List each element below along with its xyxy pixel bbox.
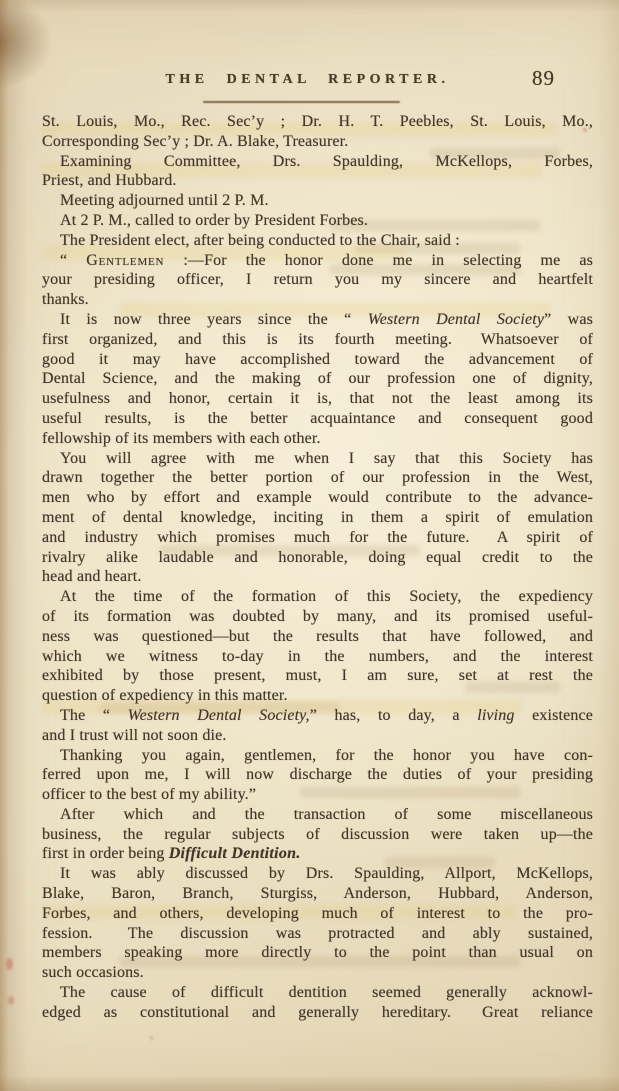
text-segment: At the time of the formation of this Soc…	[60, 588, 593, 605]
text-line: useful results, is the better acquaintan…	[42, 409, 593, 429]
text-segment: men who by effort and example would cont…	[42, 489, 593, 506]
text-line: officer to the best of my ability.”	[42, 785, 593, 805]
text-segment: useful results, is the better acquaintan…	[42, 410, 593, 427]
text-segment: ” has, to day, a	[310, 707, 478, 724]
text-segment: The cause of difficult dentition seemed …	[60, 984, 593, 1001]
text-segment: living	[477, 707, 514, 724]
text-segment: and I trust will not soon die.	[42, 727, 226, 744]
text-segment: fellowship of its members with each othe…	[42, 430, 321, 447]
paper-speck	[150, 1036, 153, 1040]
page-header: THE DENTAL REPORTER. 89	[42, 66, 593, 110]
text-segment: and industry which promises much for the…	[42, 529, 593, 546]
text-segment: question of expediency in this matter.	[42, 687, 288, 704]
text-line: edged as constitutional and generally he…	[42, 1003, 593, 1023]
text-segment: Difficult Dentition.	[169, 845, 301, 862]
page-number: 89	[532, 66, 555, 91]
header-rule	[203, 101, 400, 103]
text-segment: Gentlemen	[86, 252, 164, 269]
text-line: The cause of difficult dentition seemed …	[42, 983, 593, 1003]
text-line: Dental Science, and the making of our pr…	[42, 369, 593, 389]
text-line: “ Gentlemen :—For the honor done me in s…	[42, 251, 593, 271]
text-line: Priest, and Hubbard.	[42, 171, 593, 191]
text-line: good it may have accomplished toward the…	[42, 350, 593, 370]
text-line: ment of dental knowledge, inciting in th…	[42, 508, 593, 528]
text-line: Forbes, and others, developing much of i…	[42, 904, 593, 924]
text-segment: After which and the transaction of some …	[60, 806, 593, 823]
text-segment: your presiding officer, I return you my …	[42, 271, 593, 288]
text-line: Meeting adjourned until 2 P. M.	[42, 191, 593, 211]
text-line: At the time of the formation of this Soc…	[42, 587, 593, 607]
text-line: It was ably discussed by Drs. Spaulding,…	[42, 864, 593, 884]
text-line: which we witness to-day in the numbers, …	[42, 647, 593, 667]
text-segment: usefulness and honor, certain it is, tha…	[42, 390, 593, 407]
text-segment: Thanking you again, gentlemen, for the h…	[60, 747, 593, 764]
text-segment: ” was	[544, 311, 593, 328]
text-segment: Western Dental Society,	[128, 707, 310, 724]
text-line: The “ Western Dental Society,” has, to d…	[42, 706, 593, 726]
text-line: Thanking you again, gentlemen, for the h…	[42, 746, 593, 766]
text-segment: Priest, and Hubbard.	[42, 172, 177, 189]
text-line: Corresponding Sec’y ; Dr. A. Blake, Trea…	[42, 132, 593, 152]
text-segment: officer to the best of my ability.”	[42, 786, 256, 803]
text-segment: The “	[60, 707, 128, 724]
text-segment: Forbes, and others, developing much of i…	[42, 905, 593, 922]
text-segment: rivalry alike laudable and honorable, do…	[42, 549, 593, 566]
text-line: usefulness and honor, certain it is, tha…	[42, 389, 593, 409]
text-segment: first organized, and this is its fourth …	[42, 331, 593, 348]
text-line: head and heart.	[42, 567, 593, 587]
text-segment: Examining Committee, Drs. Spaulding, McK…	[60, 153, 593, 170]
text-line: Blake, Baron, Branch, Sturgiss, Anderson…	[42, 884, 593, 904]
page: THE DENTAL REPORTER. 89 St. Louis, Mo., …	[0, 0, 619, 1091]
text-segment: It was ably discussed by Drs. Spaulding,…	[60, 865, 593, 882]
text-segment: Western Dental Society	[368, 311, 544, 328]
text-line: your presiding officer, I return you my …	[42, 270, 593, 290]
text-segment: head and heart.	[42, 568, 142, 585]
text-segment: ness was questioned—but the results that…	[42, 628, 593, 645]
text-segment: Corresponding Sec’y ; Dr. A. Blake, Trea…	[42, 133, 348, 150]
text-line: members speaking more directly to the po…	[42, 943, 593, 963]
text-segment: existence	[515, 707, 593, 724]
text-line: You will agree with me when I say that t…	[42, 449, 593, 469]
text-line: fellowship of its members with each othe…	[42, 429, 593, 449]
text-line: ferred upon me, I will now discharge the…	[42, 765, 593, 785]
text-segment: members speaking more directly to the po…	[42, 944, 593, 961]
text-segment: You will agree with me when I say that t…	[60, 450, 593, 467]
text-line: such occasions.	[42, 963, 593, 983]
text-segment: Meeting adjourned until 2 P. M.	[60, 192, 269, 209]
text-line: question of expediency in this matter.	[42, 686, 593, 706]
text-segment: which we witness to-day in the numbers, …	[42, 648, 593, 665]
text-segment: exhibited by those present, must, I am s…	[42, 667, 593, 684]
text-line: It is now three years since the “ Wester…	[42, 310, 593, 330]
text-line: and I trust will not soon die.	[42, 726, 593, 746]
text-segment: ment of dental knowledge, inciting in th…	[42, 509, 593, 526]
text-segment: St. Louis, Mo., Rec. Sec’y ; Dr. H. T. P…	[42, 113, 593, 130]
text-line: St. Louis, Mo., Rec. Sec’y ; Dr. H. T. P…	[42, 112, 593, 132]
text-line: and industry which promises much for the…	[42, 528, 593, 548]
text-segment: :—For the honor done me in selecting me …	[164, 252, 593, 269]
text-line: exhibited by those present, must, I am s…	[42, 666, 593, 686]
text-segment: thanks.	[42, 291, 89, 308]
text-line: rivalry alike laudable and honorable, do…	[42, 548, 593, 568]
text-line: business, the regular subjects of discus…	[42, 825, 593, 845]
text-segment: ferred upon me, I will now discharge the…	[42, 766, 593, 783]
text-segment: first in order being	[42, 845, 169, 862]
text-segment: business, the regular subjects of discus…	[42, 826, 593, 843]
running-title: THE DENTAL REPORTER.	[166, 72, 450, 88]
text-segment: At 2 P. M., called to order by President…	[60, 212, 368, 229]
text-line: After which and the transaction of some …	[42, 805, 593, 825]
text-line: drawn together the better portion of our…	[42, 468, 593, 488]
text-segment: “	[60, 252, 86, 269]
text-line: At 2 P. M., called to order by President…	[42, 211, 593, 231]
text-line: ness was questioned—but the results that…	[42, 627, 593, 647]
text-segment: Blake, Baron, Branch, Sturgiss, Anderson…	[42, 885, 593, 902]
text-segment: fession. The discussion was protracted a…	[42, 925, 593, 942]
text-line: The President elect, after being conduct…	[42, 231, 593, 251]
text-segment: of its formation was doubted by many, an…	[42, 608, 593, 625]
text-line: first in order being Difficult Dentition…	[42, 844, 593, 864]
text-line: men who by effort and example would cont…	[42, 488, 593, 508]
text-segment: It is now three years since the “	[60, 311, 368, 328]
text-line: thanks.	[42, 290, 593, 310]
text-line: fession. The discussion was protracted a…	[42, 924, 593, 944]
text-line: first organized, and this is its fourth …	[42, 330, 593, 350]
paper-speck	[8, 996, 14, 1005]
text-line: of its formation was doubted by many, an…	[42, 607, 593, 627]
text-segment: drawn together the better portion of our…	[42, 469, 593, 486]
text-segment: such occasions.	[42, 964, 144, 981]
paper-speck	[6, 958, 13, 970]
body-text: St. Louis, Mo., Rec. Sec’y ; Dr. H. T. P…	[42, 112, 593, 1023]
text-segment: Dental Science, and the making of our pr…	[42, 370, 593, 387]
text-line: Examining Committee, Drs. Spaulding, McK…	[42, 152, 593, 172]
text-segment: good it may have accomplished toward the…	[42, 351, 593, 368]
text-segment: edged as constitutional and generally he…	[42, 1004, 593, 1021]
text-segment: The President elect, after being conduct…	[60, 232, 460, 249]
